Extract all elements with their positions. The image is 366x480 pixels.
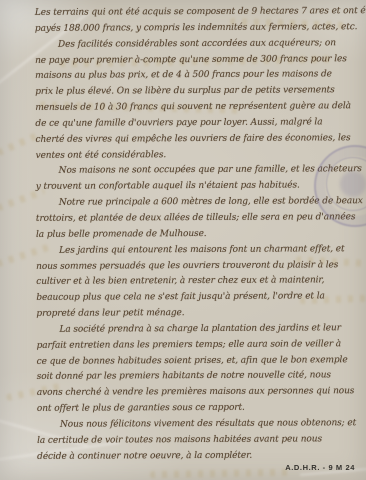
manuscript-line: trottoirs, et plantée de deux allées de … [36,210,360,228]
manuscript-line: la certitude de voir toutes nos maisons … [37,432,361,450]
manuscript-line: y trouvent un confortable auquel ils n'é… [36,178,360,196]
manuscript-line: Les terrains qui ont été acquis se compo… [35,4,359,22]
manuscript-line: parfait entretien dans les premiers temp… [37,337,361,355]
manuscript-line: ce que de bonnes habitudes soient prises… [37,353,361,371]
manuscript-line: payés 188.000 francs, y compris les inde… [35,20,359,38]
manuscript-line: avons cherché à vendre les premières mai… [37,384,361,402]
manuscript-line: Des facilités considérables sont accordé… [35,36,359,54]
manuscript-line: Les jardins qui entourent les maisons fo… [36,242,360,260]
manuscript-line: cherté des vivres qui empêche les ouvrie… [35,131,359,149]
manuscript-line: prix le plus élevé. On se libère du surp… [35,83,359,101]
manuscript-line: Nos maisons ne sont occupées que par une… [36,163,360,181]
manuscript-line: cultiver et à les bien entretenir, à res… [36,273,360,291]
manuscript-line: La société prendra à sa charge la planta… [36,321,360,339]
manuscript-line: ne paye pour premier à-compte qu'une som… [35,52,359,70]
manuscript-text-block: Les terrains qui ont été acquis se compo… [35,4,361,465]
manuscript-line: Notre rue principale a 600 mètres de lon… [36,194,360,212]
manuscript-line: Nous nous félicitons vivement des résult… [37,416,361,434]
manuscript-line: la plus belle promenade de Mulhouse. [36,226,360,244]
verso-show-through-mark [150,469,290,478]
manuscript-line: de ce qu'une famille d'ouvriers paye pou… [35,115,359,133]
manuscript-line: ventes ont été considérables. [36,147,360,165]
manuscript-line: beaucoup plus que cela ne s'est fait jus… [36,289,360,307]
manuscript-line: maisons au plus bas prix, et de 4 à 500 … [35,68,359,86]
manuscript-line: nous sommes persuadés que les ouvriers t… [36,258,360,276]
archive-reference-label: A.D.H.R. - 9 M 24 [285,463,355,472]
manuscript-line: ont offert le plus de garanties sous ce … [37,400,361,418]
manuscript-line: mensuels de 10 à 30 francs qui souvent n… [35,99,359,117]
manuscript-line: soit donné par les premiers habitants de… [37,369,361,387]
manuscript-scan: { "document": { "type": "scanned handwri… [0,0,366,480]
manuscript-line: propreté dans leur petit ménage. [36,305,360,323]
